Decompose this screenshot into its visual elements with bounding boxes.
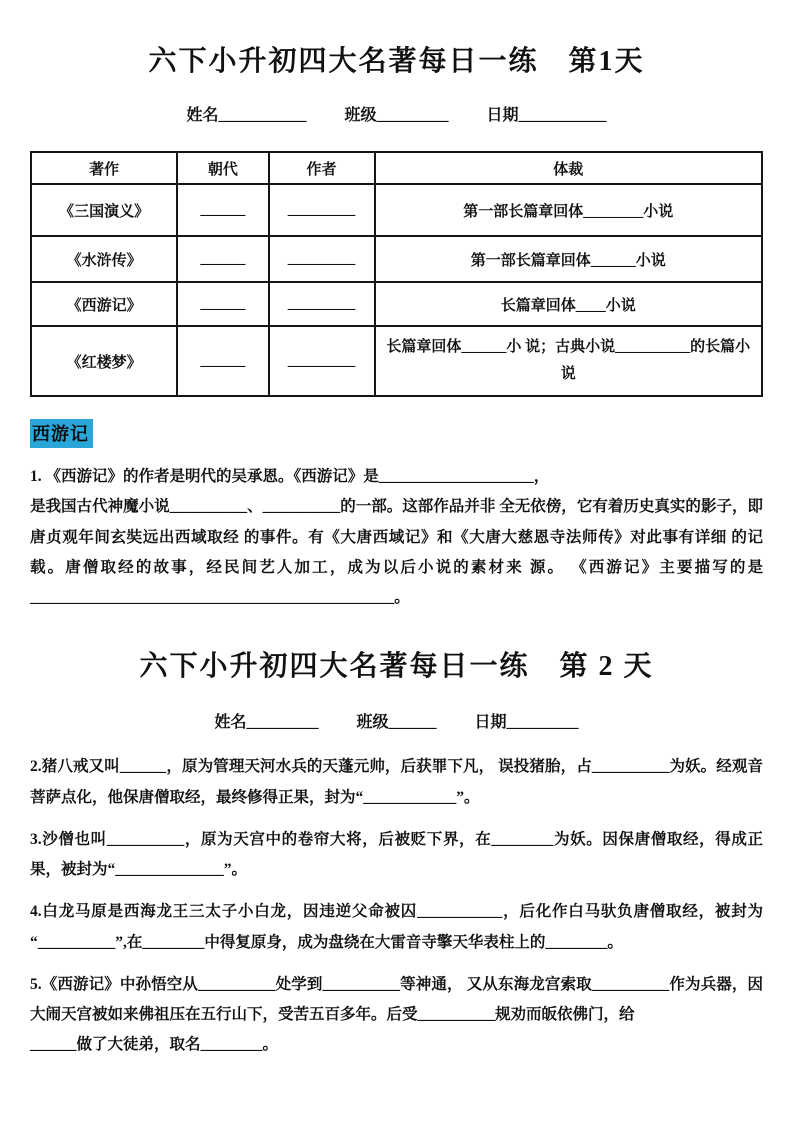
work-title-cell: 《红楼梦》 <box>31 326 177 396</box>
table-row: 《三国演义》 ______ _________ 第一部长篇章回体________… <box>31 184 762 236</box>
author-blank-cell: _________ <box>269 184 375 236</box>
name-label: 姓名 <box>186 107 218 124</box>
date-label: 日期 <box>487 107 519 124</box>
col-header-dynasty: 朝代 <box>177 152 268 184</box>
xiyouji-section-heading: 西游记 <box>30 419 93 448</box>
work-title-cell: 《西游记》 <box>31 282 177 326</box>
class-field: 班级______ <box>356 709 436 732</box>
day1-section: 六下小升初四大名著每日一练 第1天 姓名___________ 班级______… <box>30 46 763 613</box>
class-blank: ______ <box>389 714 437 731</box>
day1-title: 六下小升初四大名著每日一练 第1天 <box>30 46 763 78</box>
author-blank-cell: _________ <box>269 282 375 326</box>
name-label: 姓名 <box>214 714 246 731</box>
day2-name-line: 姓名_________ 班级______ 日期_________ <box>30 709 763 732</box>
question-1-paragraph: 1. 《西游记》的作者是明代的吴承恩。《西游记》是_______________… <box>30 462 763 613</box>
date-label: 日期 <box>475 714 507 731</box>
table-row: 《西游记》 ______ _________ 长篇章回体____小说 <box>31 282 762 326</box>
dynasty-blank-cell: ______ <box>177 282 268 326</box>
date-field: 日期_________ <box>475 709 579 732</box>
name-blank: ___________ <box>218 107 306 124</box>
class-field: 班级_________ <box>344 102 448 125</box>
col-header-genre: 体裁 <box>375 152 762 184</box>
col-header-author: 作者 <box>269 152 375 184</box>
classics-table: 著作 朝代 作者 体裁 《三国演义》 ______ _________ 第一部长… <box>30 151 763 397</box>
dynasty-blank-cell: ______ <box>177 326 268 396</box>
question-3-paragraph: 3.沙僧也叫__________，原为天宫中的卷帘大将，后被贬下界，在_____… <box>30 825 763 885</box>
question-5-paragraph: 5.《西游记》中孙悟空从__________处学到__________等神通， … <box>30 970 763 1061</box>
date-field: 日期___________ <box>487 102 607 125</box>
genre-cell: 长篇章回体______小 说；古典小说__________的长篇小说 <box>375 326 762 396</box>
date-blank: ___________ <box>519 107 607 124</box>
col-header-work: 著作 <box>31 152 177 184</box>
author-blank-cell: _________ <box>269 236 375 282</box>
question-2-paragraph: 2.猪八戒又叫______，原为管理天河水兵的天蓬元帅，后获罪下凡， 误投猪胎，… <box>30 752 763 812</box>
work-title-cell: 《三国演义》 <box>31 184 177 236</box>
name-field: 姓名___________ <box>186 102 306 125</box>
section-heading-wrap: 西游记 <box>30 419 763 448</box>
date-blank: _________ <box>507 714 579 731</box>
work-title-cell: 《水浒传》 <box>31 236 177 282</box>
name-blank: _________ <box>246 714 318 731</box>
day2-section: 六下小升初四大名著每日一练 第 2 天 姓名_________ 班级______… <box>30 651 763 1060</box>
genre-cell: 第一部长篇章回体________小说 <box>375 184 762 236</box>
day2-title: 六下小升初四大名著每日一练 第 2 天 <box>30 651 763 683</box>
author-blank-cell: _________ <box>269 326 375 396</box>
dynasty-blank-cell: ______ <box>177 236 268 282</box>
worksheet-page: 六下小升初四大名著每日一练 第1天 姓名___________ 班级______… <box>0 0 793 1122</box>
name-field: 姓名_________ <box>214 709 318 732</box>
class-label: 班级 <box>356 714 388 731</box>
day1-name-line: 姓名___________ 班级_________ 日期___________ <box>30 102 763 125</box>
dynasty-blank-cell: ______ <box>177 184 268 236</box>
genre-cell: 第一部长篇章回体______小说 <box>375 236 762 282</box>
table-row: 《红楼梦》 ______ _________ 长篇章回体______小 说；古典… <box>31 326 762 396</box>
table-row: 《水浒传》 ______ _________ 第一部长篇章回体______小说 <box>31 236 762 282</box>
genre-cell: 长篇章回体____小说 <box>375 282 762 326</box>
class-blank: _________ <box>377 107 449 124</box>
question-4-paragraph: 4.白龙马原是西海龙王三太子小白龙，因违逆父命被囚___________，后化作… <box>30 897 763 957</box>
table-header-row: 著作 朝代 作者 体裁 <box>31 152 762 184</box>
class-label: 班级 <box>344 107 376 124</box>
